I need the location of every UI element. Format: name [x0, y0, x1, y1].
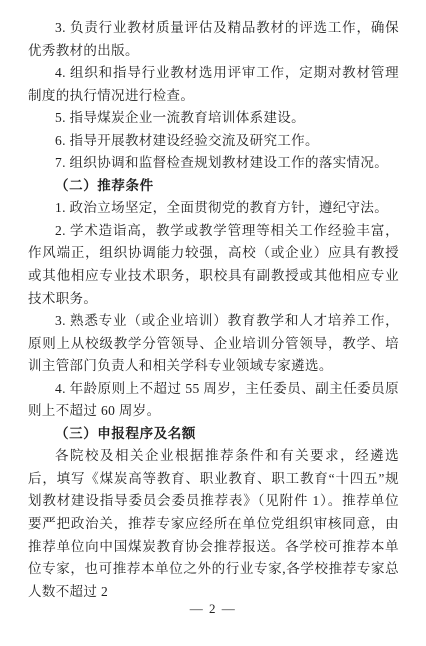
body-paragraph: 3. 熟悉专业（或企业培训）教育教学和人才培养工作，原则上从校级教学分管领导、企…	[28, 310, 399, 378]
scanned-document-page: { "document": { "background_color": "#ff…	[0, 0, 426, 646]
body-paragraph: 6. 指导开展教材建设经验交流及研究工作。	[28, 130, 399, 153]
body-paragraph: 4. 年龄原则上不超过 55 周岁，主任委员、副主任委员原则上不超过 60 周岁…	[28, 378, 399, 423]
body-paragraph: 5. 指导煤炭企业一流教育培训体系建设。	[28, 107, 399, 130]
body-paragraph: 3. 负责行业教材质量评估及精品教材的评选工作，确保优秀教材的出版。	[28, 17, 399, 62]
document-body: 3. 负责行业教材质量评估及精品教材的评选工作，确保优秀教材的出版。4. 组织和…	[28, 17, 399, 603]
body-paragraph: 4. 组织和指导行业教材选用评审工作，定期对教材管理制度的执行情况进行检查。	[28, 62, 399, 107]
section-heading: （三）申报程序及名额	[28, 423, 399, 446]
body-paragraph: 1. 政治立场坚定，全面贯彻党的教育方针，遵纪守法。	[28, 197, 399, 220]
body-paragraph: 7. 组织协调和监督检查规划教材建设工作的落实情况。	[28, 152, 399, 175]
page-number: — 2 —	[0, 601, 426, 617]
body-paragraph: 各院校及相关企业根据推荐条件和有关要求，经遴选后，填写《煤炭高等教育、职业教育、…	[28, 445, 399, 603]
section-heading: （二）推荐条件	[28, 175, 399, 198]
body-paragraph: 2. 学术造诣高，教学或教学管理等相关工作经验丰富，作风端正，组织协调能力较强，…	[28, 220, 399, 310]
